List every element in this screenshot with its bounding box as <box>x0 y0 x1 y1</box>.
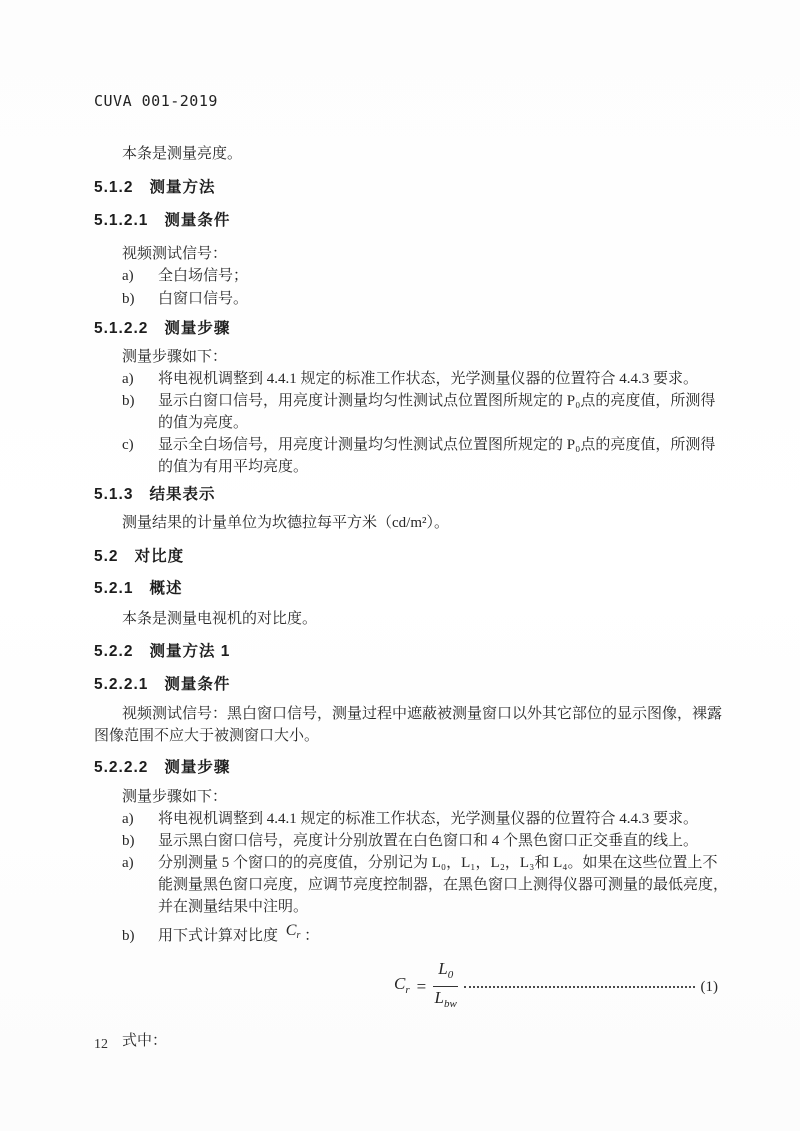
page-number: 12 <box>94 1037 108 1053</box>
heading-number: 5.1.3 <box>94 484 133 506</box>
list-item-text: 显示全白场信号，用亮度计测量均匀性测试点位置图所规定的 P₀点的亮度值，所测得的… <box>158 434 730 478</box>
dotted-leader <box>464 986 694 988</box>
calc-prefix: 用下式计算对比度 <box>158 928 278 944</box>
list-item: a) 将电视机调整到 4.4.1 规定的标准工作状态，光学测量仪器的位置符合 4… <box>94 368 730 390</box>
list-item: a) 分别测量 5 个窗口的的亮度值，分别记为 L₀，L₁，L₂，L₃和 L₄。… <box>94 852 730 918</box>
list-item-text: 全白场信号； <box>158 265 730 287</box>
list-item-text: 将电视机调整到 4.4.1 规定的标准工作状态，光学测量仪器的位置符合 4.4.… <box>158 808 730 830</box>
heading-5-1-2-2: 5.1.2.2 测量步骤 <box>94 318 730 340</box>
document-content: 本条是测量亮度。 5.1.2 测量方法 5.1.2.1 测量条件 视频测试信号：… <box>94 0 730 1052</box>
list-item-label: a) <box>122 808 158 830</box>
heading-5-2-2-2: 5.2.2.2 测量步骤 <box>94 757 730 779</box>
heading-number: 5.1.2.1 <box>94 210 148 232</box>
list-item-calc-contrast: b) 用下式计算对比度 Cr ： <box>94 925 730 951</box>
list-item-text: 显示白窗口信号，用亮度计测量均匀性测试点位置图所规定的 P₀点的亮度值，所测得的… <box>158 390 730 434</box>
heading-title: 对比度 <box>135 546 185 568</box>
paragraph-where-label: 式中： <box>94 1030 730 1052</box>
list-item-label: a) <box>122 368 158 390</box>
heading-title: 测量条件 <box>164 674 230 696</box>
list-item-label: b) <box>122 830 158 852</box>
paragraph-contrast-intro: 本条是测量电视机的对比度。 <box>94 608 730 630</box>
contrast-formula: Cr = L0 Lbw (1) <box>394 959 718 1014</box>
heading-5-2-1: 5.2.1 概述 <box>94 578 730 600</box>
heading-title: 测量步骤 <box>164 318 230 340</box>
heading-5-2-2: 5.2.2 测量方法 1 <box>94 641 730 663</box>
paragraph-unit: 测量结果的计量单位为坎德拉每平方米（cd/m²）。 <box>94 512 730 534</box>
heading-number: 5.2.2 <box>94 641 133 663</box>
heading-number: 5.2 <box>94 546 119 568</box>
formula-fraction: L0 Lbw <box>433 959 458 1014</box>
list-item-label: a) <box>122 265 158 287</box>
heading-number: 5.1.2 <box>94 177 133 199</box>
list-item: a) 将电视机调整到 4.4.1 规定的标准工作状态，光学测量仪器的位置符合 4… <box>94 808 730 830</box>
paragraph-luminance-intro: 本条是测量亮度。 <box>94 143 730 165</box>
list-item-text: 将电视机调整到 4.4.1 规定的标准工作状态，光学测量仪器的位置符合 4.4.… <box>158 368 730 390</box>
calc-suffix: ： <box>304 928 319 944</box>
paragraph-condition: 视频测试信号：黑白窗口信号，测量过程中遮蔽被测量窗口以外其它部位的显示图像，裸露… <box>94 703 730 747</box>
heading-title: 结果表示 <box>149 484 215 506</box>
list-item-text: 分别测量 5 个窗口的的亮度值，分别记为 L₀，L₁，L₂，L₃和 L₄。如果在… <box>158 852 730 918</box>
fraction-numerator: L0 <box>433 959 458 987</box>
heading-number: 5.2.2.1 <box>94 674 148 696</box>
paragraph-video-signal: 视频测试信号： <box>94 243 730 265</box>
heading-number: 5.2.2.2 <box>94 757 148 779</box>
heading-title: 测量方法 1 <box>149 641 230 663</box>
paragraph-steps-intro: 测量步骤如下： <box>94 346 730 368</box>
contrast-ratio-symbol: Cr <box>286 922 301 939</box>
document-page: CUVA 001-2019 本条是测量亮度。 5.1.2 测量方法 5.1.2.… <box>0 0 800 1131</box>
list-item: b) 白窗口信号。 <box>94 288 730 310</box>
list-item-text: 显示黑白窗口信号，亮度计分别放置在白色窗口和 4 个黑色窗口正交垂直的线上。 <box>158 830 730 852</box>
equation-number: (1) <box>701 976 719 998</box>
paragraph-steps-intro: 测量步骤如下： <box>94 786 730 808</box>
heading-title: 测量条件 <box>164 210 230 232</box>
heading-5-1-3: 5.1.3 结果表示 <box>94 484 730 506</box>
heading-number: 5.1.2.2 <box>94 318 148 340</box>
list-item: c) 显示全白场信号，用亮度计测量均匀性测试点位置图所规定的 P₀点的亮度值，所… <box>94 434 730 478</box>
list-item-label: b) <box>122 288 158 310</box>
equals-sign: = <box>417 976 427 998</box>
list-item: b) 显示黑白窗口信号，亮度计分别放置在白色窗口和 4 个黑色窗口正交垂直的线上… <box>94 830 730 852</box>
list-item: a) 全白场信号； <box>94 265 730 287</box>
heading-title: 概述 <box>149 578 182 600</box>
heading-5-1-2: 5.1.2 测量方法 <box>94 177 730 199</box>
heading-5-2: 5.2 对比度 <box>94 546 730 568</box>
list-item-label: b) <box>122 390 158 434</box>
heading-title: 测量方法 <box>149 177 215 199</box>
heading-title: 测量步骤 <box>164 757 230 779</box>
heading-number: 5.2.1 <box>94 578 133 600</box>
heading-5-1-2-1: 5.1.2.1 测量条件 <box>94 210 730 232</box>
list-item: b) 显示白窗口信号，用亮度计测量均匀性测试点位置图所规定的 P₀点的亮度值，所… <box>94 390 730 434</box>
fraction-denominator: Lbw <box>435 987 457 1014</box>
list-item-text: 用下式计算对比度 Cr ： <box>158 925 730 951</box>
list-item-label: a) <box>122 852 158 918</box>
formula-lhs: Cr <box>394 973 410 1001</box>
list-item-label: c) <box>122 434 158 478</box>
heading-5-2-2-1: 5.2.2.1 测量条件 <box>94 674 730 696</box>
list-item-text: 白窗口信号。 <box>158 288 730 310</box>
list-item-label: b) <box>122 925 158 951</box>
